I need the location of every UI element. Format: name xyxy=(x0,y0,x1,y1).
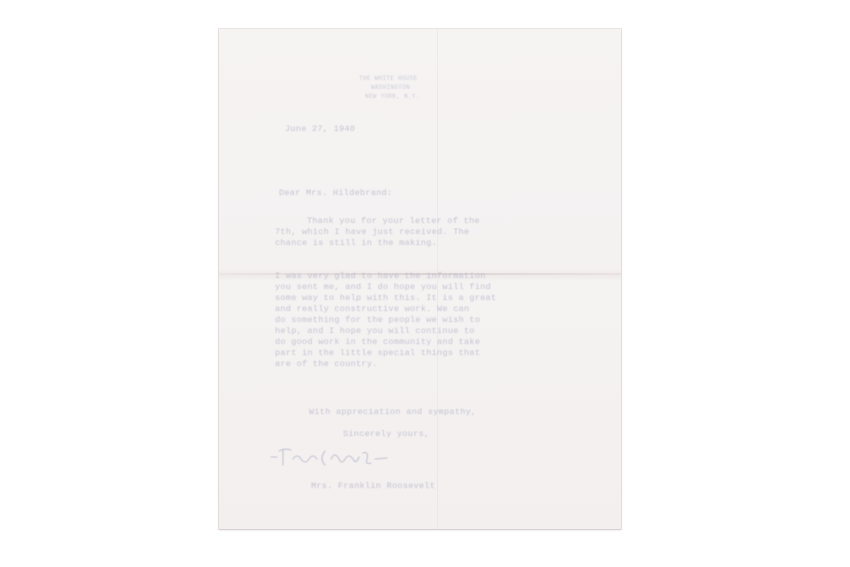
body-p1-line: chance is still in the making. xyxy=(275,238,437,248)
body-p1-line: 7th, which I have just received. The xyxy=(275,227,469,237)
closing-valediction: Sincerely yours, xyxy=(343,429,429,439)
body-p2-line: do something for the people we wish to xyxy=(275,315,480,325)
body-p2-line: you sent me, and I do hope you will find xyxy=(275,282,491,292)
letterhead-line-2: WASHINGTON xyxy=(371,84,410,91)
handwritten-signature xyxy=(269,445,389,469)
letter-paper: THE WHITE HOUSE WASHINGTON NEW YORK, N.Y… xyxy=(219,29,621,529)
body-p2-line: and really constructive work. We can xyxy=(275,304,469,314)
letterhead-line-1: THE WHITE HOUSE xyxy=(359,75,418,82)
closing-typed-name: Mrs. Franklin Roosevelt xyxy=(311,481,435,491)
body-p2-line: help, and I hope you will continue to xyxy=(275,326,475,336)
body-p2-line: are of the country. xyxy=(275,359,378,369)
closing-regards: With appreciation and sympathy, xyxy=(309,407,476,417)
body-p2-line: some way to help with this. It is a grea… xyxy=(275,293,496,303)
body-p2-line: I was very glad to have the information xyxy=(275,271,486,281)
letterhead-line-3: NEW YORK, N.Y. xyxy=(365,93,420,100)
body-p2-line: do good work in the community and take xyxy=(275,337,480,347)
letter-date: June 27, 1940 xyxy=(285,124,355,134)
letter-salutation: Dear Mrs. Hildebrand: xyxy=(279,188,392,198)
body-p2-line: part in the little special things that xyxy=(275,348,480,358)
body-p1-line: Thank you for your letter of the xyxy=(307,216,480,226)
